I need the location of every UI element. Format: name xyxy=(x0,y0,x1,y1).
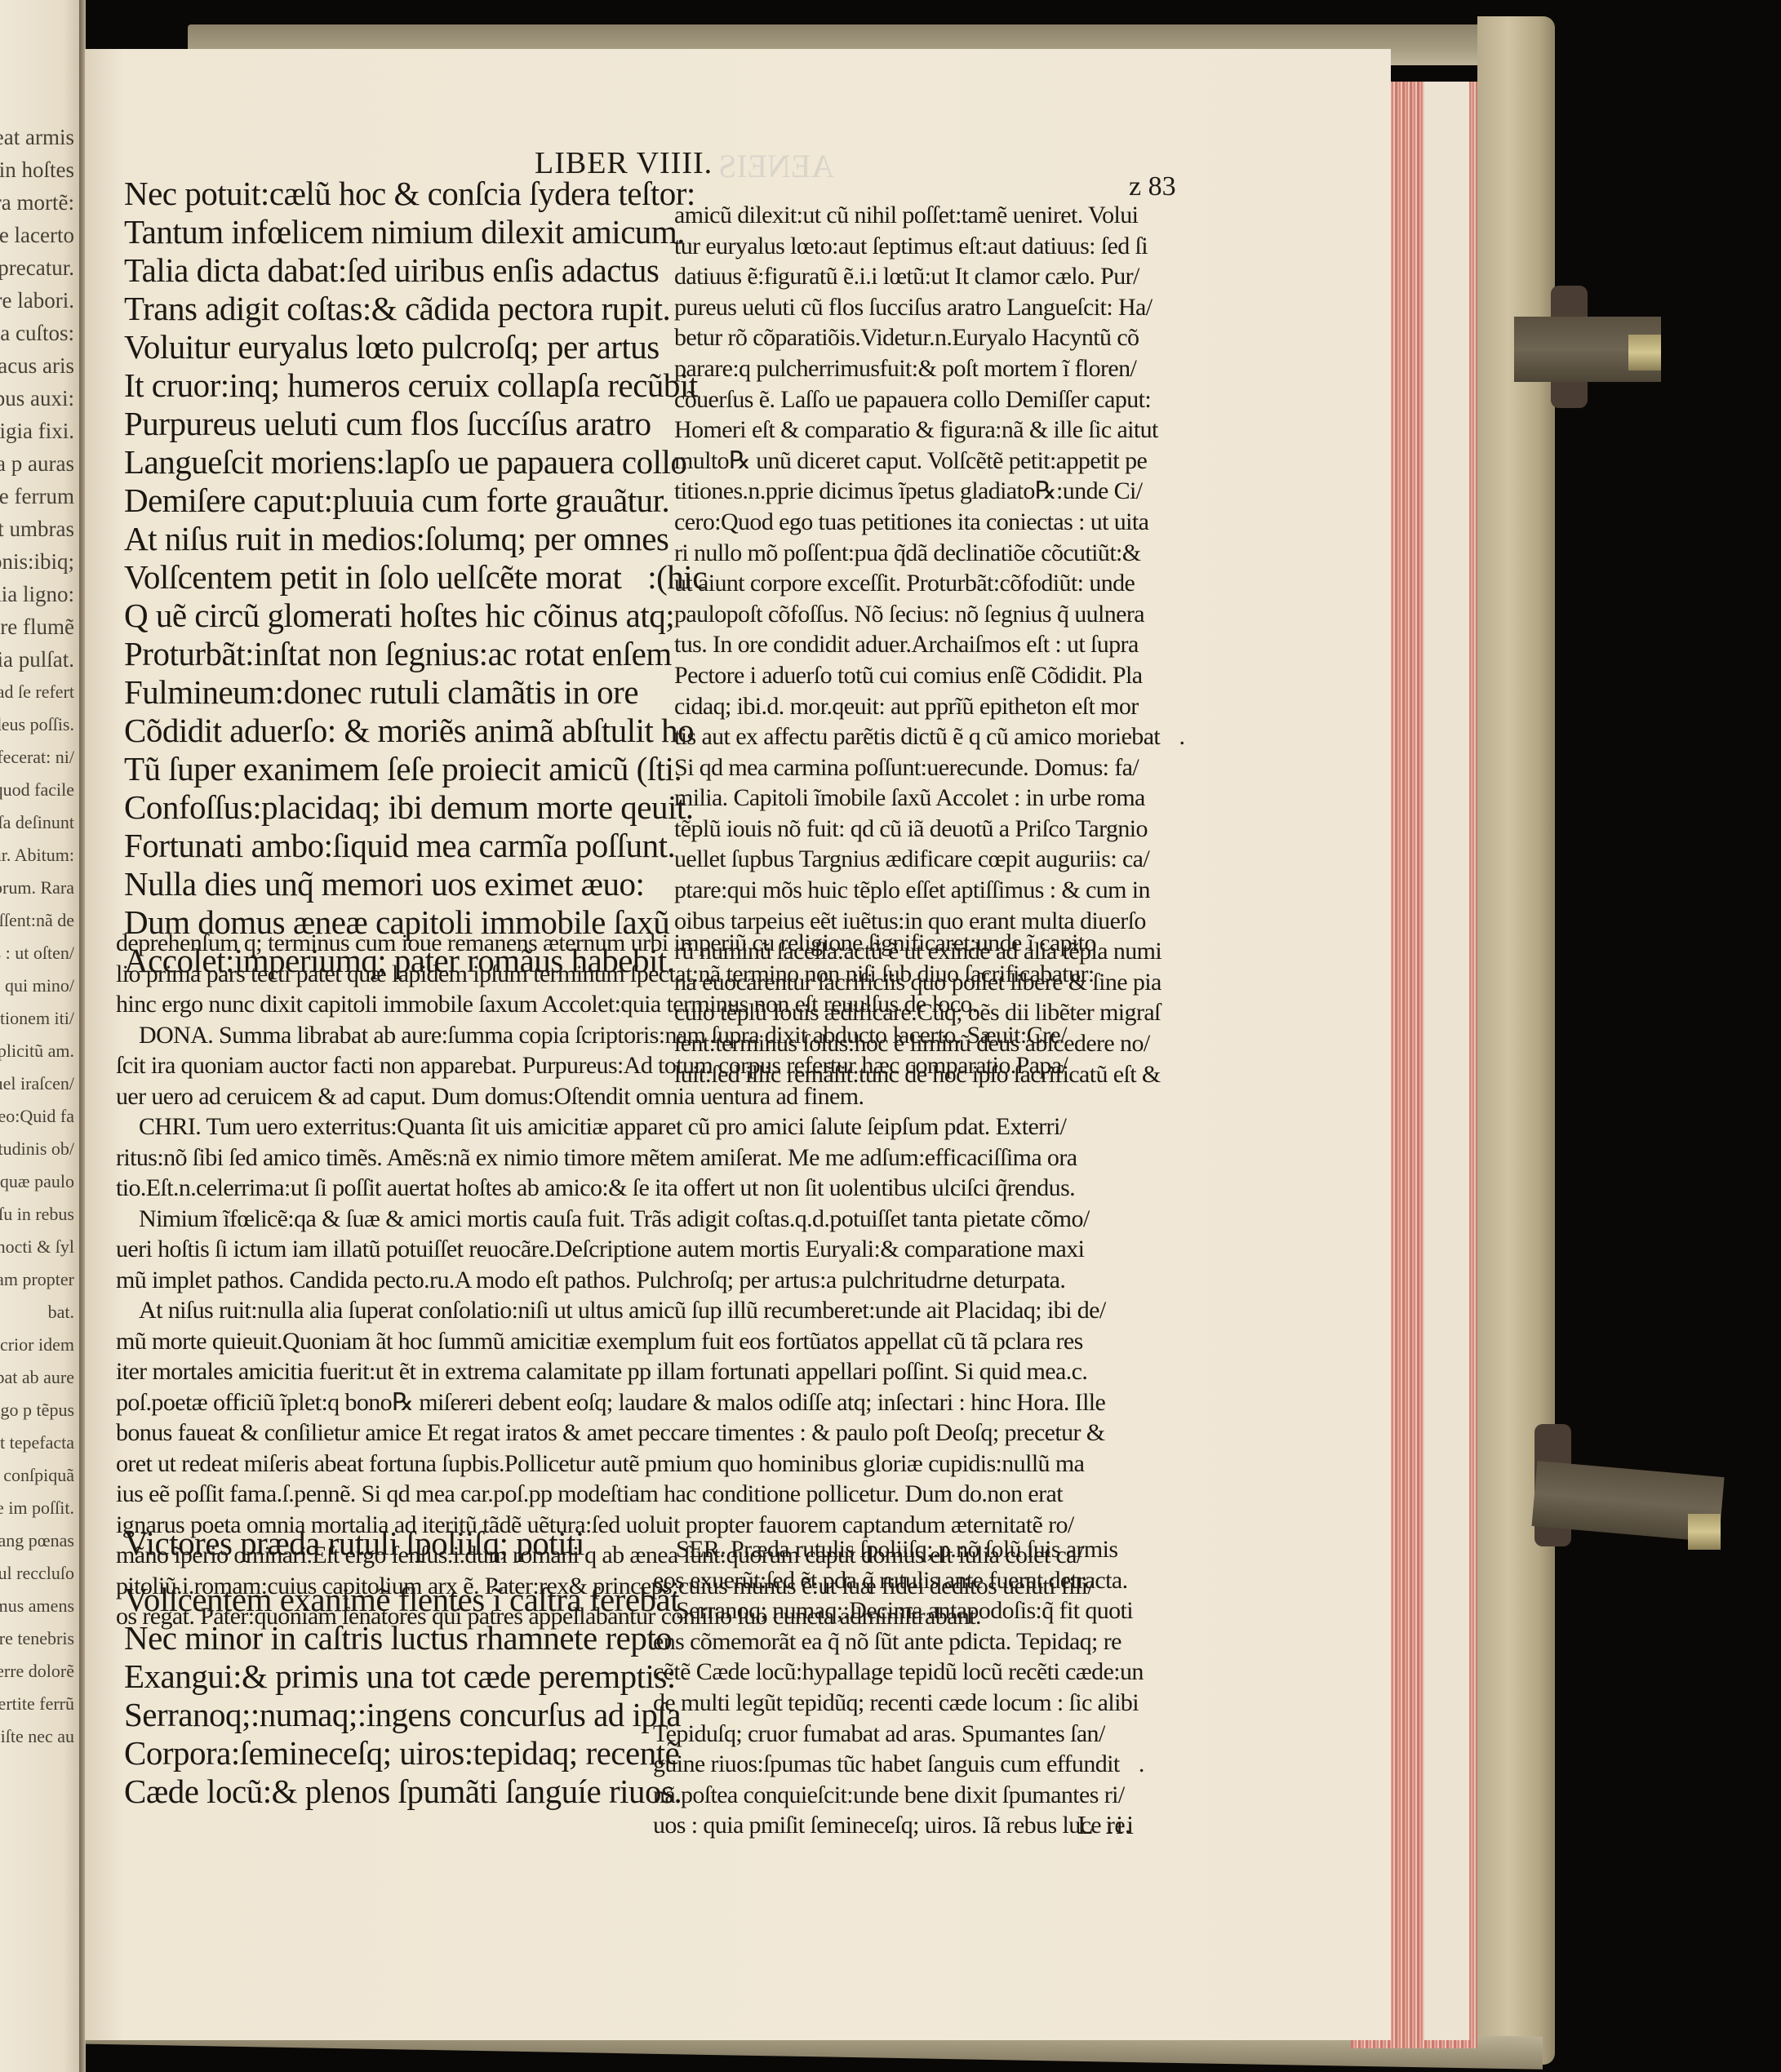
facing-page-line: ordia ligno: xyxy=(0,579,74,609)
facing-page-line: c acrior idem xyxy=(0,1330,74,1360)
verse-line: Serranoq;:numaq;:ingens concurſus ad ipſ… xyxy=(124,1696,679,1734)
verse-block-top: Nec potuit:cælũ hoc & conſcia ſydera teſ… xyxy=(124,175,679,980)
commentary-line: amicũ dilexit:ut cũ nihil poſſet:tamẽ ue… xyxy=(674,200,1237,231)
facing-page-line: æ impulſu in rebus xyxy=(0,1200,74,1229)
facing-page-line: r in calles qui mino/ xyxy=(0,971,74,1001)
commentary-line: poſ.poetæ officiũ ĩplet:q bono℞ miſereri… xyxy=(116,1387,1242,1418)
commentary-line: cẽtẽ Cæde locũ:hypallage tepidũ locũ rec… xyxy=(653,1657,1216,1688)
commentary-line: Si qd mea carmina poſſunt:uerecunde. Dom… xyxy=(674,752,1237,783)
facing-page-line: riturus in hoſtes xyxy=(0,155,74,184)
commentary-line: uer uero ad ceruicem & ad caput. Dum dom… xyxy=(116,1081,1242,1112)
commentary-line: de multi legũt tepidũq; recenti cæde loc… xyxy=(653,1688,1216,1719)
commentary-line: At niſus ruit:nulla alia ſuperat conſola… xyxy=(116,1295,1242,1326)
verse-lines-bottom: Victores præda rutuli ſpoliiſq; potitiVo… xyxy=(124,1524,679,1811)
commentary-line: ueri hoſtis ſi ictum iam illatũ potuiſſe… xyxy=(116,1234,1242,1265)
verse-line: Nec minor in caſtris luctus rhamnete rep… xyxy=(124,1619,679,1657)
verse-line: Talia dicta dabat:ſed uiribus enſis adac… xyxy=(124,251,679,290)
commentary-line: tis aut ex affectu parẽtis dictũ ẽ q cũ … xyxy=(674,721,1237,752)
facing-page-left: pus audeat armisriturus in hoſtesq uulne… xyxy=(0,0,79,2072)
verse-line: Voluitur euryalus lœto pulcroſq; per art… xyxy=(124,328,679,366)
facing-page-line: aſtile lacerto xyxy=(0,220,74,250)
facing-page-line: ccurre labori. xyxy=(0,286,74,315)
commentary-line: deprehenſum q; terminus cum ioue remanen… xyxy=(116,928,1242,959)
facing-page-line: ero exanimus amens xyxy=(0,1591,74,1621)
facing-page-line: ſit cognitionem iti/ xyxy=(0,1004,74,1033)
facing-page-line: s ſe im poſſit. xyxy=(0,1493,74,1523)
commentary-line: SER. Præda rutulis ſpoliiſq;.p.nõ ſolũ ſ… xyxy=(653,1534,1216,1565)
verse-line: It cruor:inq; humeros ceruix collapſa re… xyxy=(124,366,679,405)
facing-page-line: onis:ibiq; xyxy=(0,547,74,576)
verse-line: Exangui:& primis una tot cæde peremptis: xyxy=(124,1657,679,1696)
verse-line: Corpora:ſemineceſq; uiros:tepidaq; recen… xyxy=(124,1734,679,1773)
flyleaf-edge xyxy=(1424,82,1471,2040)
clasp-brass-pin-lower xyxy=(1688,1514,1721,1550)
facing-page-line: ꝛæ ramorum. Rara xyxy=(0,873,74,903)
facing-page-line: de Orpheo:Quid fa xyxy=(0,1102,74,1131)
verse-line: Cæde locũ:& plenos ſpumãti ſanguíe riuos… xyxy=(124,1773,679,1811)
facing-page-line: n quæ & nocti & ſyl xyxy=(0,1232,74,1262)
commentary-line: ens cõmemorãt ea q̃ nõ ſũt ante pdicta. … xyxy=(653,1626,1216,1657)
verse-line: Fortunati ambo:ſiquid mea carmĩa poſſunt… xyxy=(124,827,679,865)
commentary-line: bonus faueat & conſilietur amice Et rega… xyxy=(116,1418,1242,1449)
facing-page-line: pectore flumẽ xyxy=(0,612,74,641)
signature-mark: L iii xyxy=(1077,1810,1137,1840)
facing-page-line: t teli conſpiquã xyxy=(0,1461,74,1490)
verse-line: Nec potuit:cælũ hoc & conſcia ſydera teſ… xyxy=(124,175,679,213)
commentary-line: Tepiduſq; cruor fumabat ad aras. Spumant… xyxy=(653,1719,1216,1750)
verse-lines: Nec potuit:cælũ hoc & conſcia ſydera teſ… xyxy=(124,175,679,980)
verse-line: Nulla dies unq̃ memori uos eximet æuo: xyxy=(124,865,679,903)
commentary-line: oret ut redeat miſeris abeat fortuna ſup… xyxy=(116,1449,1242,1480)
verse-block-bottom: Victores præda rutuli ſpoliiſq; potitiVo… xyxy=(124,1524,679,1811)
commentary-line: betur rõ cõparatiõis.Videtur.n.Euryalo H… xyxy=(674,322,1237,353)
commentary-line: CHRI. Tum uero exterritus:Quanta ſit uis… xyxy=(116,1111,1242,1142)
facing-page-line: q uulnera mortẽ: xyxy=(0,188,74,217)
verse-line: Langueſcit moriens:lapſo ue papauera col… xyxy=(124,443,679,481)
commentary-line: ius eẽ poſſit fama.ſ.pennẽ. Si qd mea ca… xyxy=(116,1479,1242,1510)
verse-line: Purpureus ueluti cum flos ſuccíſus aratr… xyxy=(124,405,679,443)
facing-page-line: s nihil iſte nec au xyxy=(0,1722,74,1751)
commentary-line: datiuus ẽ:figuratũ ẽ.i.i lœtũ:ut It clam… xyxy=(674,261,1237,292)
facing-page-line: bat. xyxy=(48,1298,74,1327)
facing-page-line: n. Tu deus poſſis. xyxy=(0,710,74,739)
commentary-line: tur euryalus lœto:aut ſeptimus eſt:aut d… xyxy=(674,231,1237,262)
clasp-brass-pin-upper xyxy=(1628,335,1661,370)
commentary-line: uellet ſupbus Targnius ædificare cœpit a… xyxy=(674,844,1237,875)
facing-page-line: pus audeat armis xyxy=(0,122,74,152)
commentary-line: Pectore i aduerſo totũ cui comius enſẽ C… xyxy=(674,660,1237,691)
verse-line: Proturbãt:inſtat non ſegnius:ac rotat en… xyxy=(124,635,679,673)
facing-page-line: altos calles : ut oſten/ xyxy=(0,938,74,968)
commentary-line: mũ morte quieuit.Quoniam ãt hoc ſummũ am… xyxy=(116,1326,1242,1357)
commentary-line: ri nullo mõ poſſent:pua q̃dã declinatiõe… xyxy=(674,538,1237,569)
show-through-text: AENEIS xyxy=(718,147,834,185)
facing-page-line: m latonia cuſtos: xyxy=(0,318,74,348)
facing-page-line: ro ſemita eſſent:nã de xyxy=(0,906,74,935)
commentary-line: paulopoſt cõfoſſus. Nõ ſecius: nõ ſegniu… xyxy=(674,599,1237,630)
facing-page-line: rege tela p auras xyxy=(0,449,74,478)
commentary-line: tio.Eſt.n.celerrima:ut ſi poſſit auertat… xyxy=(116,1173,1242,1204)
verse-line: Volſcentem exanimẽ flentes ĩ caſtra fere… xyxy=(124,1581,679,1619)
facing-page-line: enatibus auxi: xyxy=(0,384,74,413)
facing-page-line: diuerſa deſinunt xyxy=(0,808,74,837)
facing-page-line: rplexũ:iplicitũ am. xyxy=(0,1036,74,1066)
commentary-line: cõuerſus ẽ. Laſſo ue papauera collo Demi… xyxy=(674,384,1237,415)
commentary-line: multo℞ unũ diceret caput. Volſcẽtẽ petit… xyxy=(674,446,1237,477)
verse-line: Demiſere caput:pluuia cum forte grauãtur… xyxy=(124,481,679,520)
folio-number: z 83 xyxy=(1129,171,1176,202)
commentary-lines-bottom: SER. Præda rutulis ſpoliiſq;.p.nõ ſolũ ſ… xyxy=(653,1534,1216,1841)
facing-page-line: ore ferrum xyxy=(0,481,74,511)
facing-page-line: it:ſimul reccluſo xyxy=(0,1559,74,1588)
facing-page-line: d magis ad ſe refert xyxy=(0,677,74,707)
commentary-line: tus. In ore condidit aduer.Archaiſmos eſ… xyxy=(674,629,1237,660)
facing-page-line: ne conuertite ferrũ xyxy=(0,1689,74,1719)
facing-page-line: diuertũtur. Abitum: xyxy=(0,841,74,870)
verse-line: Volſcentem petit in ſolo uelſcẽte morat᷑… xyxy=(124,558,679,597)
commentary-line: parare:q pulcherrimusfuit:& poſt mortem … xyxy=(674,353,1237,384)
facing-page-line: t tepefacta xyxy=(0,1428,74,1457)
commentary-line: ſcit ira quoniam auctor facti non appare… xyxy=(116,1050,1242,1081)
facing-page-line: uæ fortitudinis ob/ xyxy=(0,1134,74,1164)
verse-line: Victores præda rutuli ſpoliiſq; potiti xyxy=(124,1524,679,1563)
facing-page-line: olentis:uel iraſcen/ xyxy=(0,1069,74,1098)
commentary-line: DONA. Summa librabat ab aure:ſumma copia… xyxy=(116,1020,1242,1051)
facing-page-line: r hyrtacus aris xyxy=(0,351,74,380)
commentary-line: iter mortales amicitia fuerit:ut ẽt in e… xyxy=(116,1356,1242,1387)
facing-page-line: e . Nam quæ paulo xyxy=(0,1167,74,1196)
facing-page-line: ad faſtigia fixi. xyxy=(0,416,74,446)
verse-line: Fulmineum:donec rutuli clamãtis in ore xyxy=(124,673,679,712)
verse-line: At niſus ruit in medios:ſolumq; per omne… xyxy=(124,520,679,558)
commentary-line: hinc ergo nunc dixit capitoli immobile ſ… xyxy=(116,989,1242,1020)
facing-page-line: uoce precatur. xyxy=(0,253,74,282)
facing-page-line: mihi ſang pœnas xyxy=(0,1526,74,1555)
commentary-line: pureus ueluti cũ flos ſucciſus aratro La… xyxy=(674,292,1237,323)
commentary-line: tẽplũ iouis nõ fuit: qd cũ iã deuotũ a P… xyxy=(674,814,1237,845)
commentary-line: eos exuerũt:ſed ẽt pda q̃ rutulis ante f… xyxy=(653,1565,1216,1596)
commentary-line: milia. Capitoli ĩmobile ſaxũ Accolet : i… xyxy=(674,783,1237,814)
commentary-line: ptare:qui mõs huic tẽplo eſſet aptiſſimu… xyxy=(674,875,1237,906)
facing-page-line: clare tenebris xyxy=(0,1624,74,1653)
verse-line: Cõdidit aduerſo: & moriẽs animã abſtulit… xyxy=(124,712,679,750)
commentary-line: cidaq; ibi.d. mor.qeuit: aut pprĩũ epith… xyxy=(674,691,1237,722)
commentary-column-bottom: SER. Præda rutulis ſpoliiſq;.p.nõ ſolũ ſ… xyxy=(653,1534,1216,1841)
commentary-line: Serranoq; numaq;:Decima antapodoſis:q̃ f… xyxy=(653,1595,1216,1626)
commentary-line: guine riuos:ſpumas tũc habet ſanguis cum… xyxy=(653,1749,1216,1780)
facing-page-line: od nihil profecerat: ni/ xyxy=(0,743,74,772)
commentary-line: Nimium ĩfœlicẽ:qa & ſuæ & amici mortis c… xyxy=(116,1204,1242,1235)
facing-page-line: ago p tẽpus xyxy=(0,1395,74,1425)
verse-line: Tantum infœlicem nimium dilexit amicum. xyxy=(124,213,679,251)
facing-page-line: at autem quod facile xyxy=(0,775,74,805)
facing-page-line: gidus : nam propter xyxy=(0,1265,74,1294)
verse-line: Q uẽ circũ glomerati hoſtes hic cõinus a… xyxy=(124,597,679,635)
commentary-line: mũ implet pathos. Candida pecto.ru.A mod… xyxy=(116,1265,1242,1296)
commentary-line: ut aiunt corpore exceſſit. Proturbãt:cõf… xyxy=(674,568,1237,599)
commentary-line: ritus:nõ ſibi ſed amico timẽs. Amẽs:nã e… xyxy=(116,1142,1242,1174)
commentary-line: nã poſtea conquieſcit:unde bene dixit ſp… xyxy=(653,1780,1216,1811)
verse-line: Trans adigit coſtas:& cãdida pectora rup… xyxy=(124,290,679,328)
facing-page-line: uit:perferre dolorẽ xyxy=(0,1657,74,1686)
facing-page-line: ilia pulſat. xyxy=(0,645,74,674)
commentary-line: Homeri eſt & comparatio & figura:nã & il… xyxy=(674,415,1237,446)
verse-line: Tũ ſuper exanimem ſeſe proiecit amicũ (ſ… xyxy=(124,750,679,788)
commentary-line: cero:Quod ego tuas petitiones ita coniec… xyxy=(674,507,1237,538)
verse-line: Confoſſus:placidaq; ibi demum morte qeui… xyxy=(124,788,679,827)
facing-page-line: librabat ab aure xyxy=(0,1363,74,1392)
facing-page-line: rberat umbras xyxy=(0,514,74,544)
commentary-line: titiones.n.pprie dicimus ĩpetus gladiato… xyxy=(674,476,1237,507)
commentary-line: lio prima pars tecti patet quæ lapidem i… xyxy=(116,959,1242,990)
